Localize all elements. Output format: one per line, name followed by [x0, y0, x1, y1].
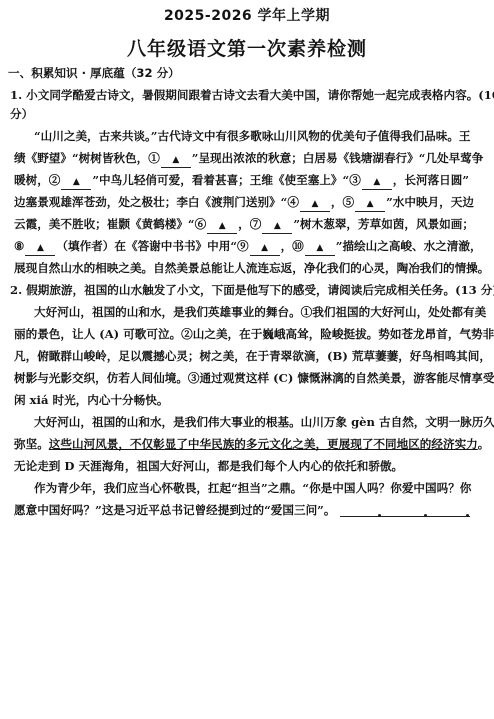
passage-text: ，⑩ [281, 239, 304, 253]
passage-text: ”树木葱翠，芳草如茵，风景如画； [293, 217, 474, 231]
fill-blank-9[interactable] [250, 239, 280, 256]
q2-stem: 2. 假期旅游，祖国的山水触发了小文，下面是他写下的感受，请阅读后完成相关任务。… [0, 279, 494, 301]
passage-text: ”描绘山之高峻、水之清澈， [336, 239, 482, 253]
q1-passage-line: “山川之美，古来共谈。”古代诗文中有很多歌咏山川风物的优美句子值得我们品味。王 [0, 125, 494, 147]
fill-blank-2[interactable] [61, 173, 91, 190]
q1-passage-line: 边塞景观雄浑苍劲，处之极壮；李白《渡荆门送别》“④，⑤”水中映月，天边 [0, 191, 494, 213]
q1-stem-cont: 分） [0, 103, 494, 125]
passage-text: ”水中映月，天边 [386, 195, 474, 209]
q2-passage-line: 无论走到 D 天涯海角，祖国大好河山，都是我们每个人内心的依托和骄傲。 [0, 455, 494, 477]
q2-passage-line: 闲 xiá 时光，内心十分畅快。 [0, 389, 494, 411]
fill-blank-1[interactable] [161, 151, 191, 168]
fill-blank-3[interactable] [362, 173, 392, 190]
term-label: 2025-2026 学年上学期 [0, 5, 494, 25]
q1-passage-line: ⑧（填作者）在《答谢中书书》中用“⑨，⑩”描绘山之高峻、水之清澈， [0, 235, 494, 257]
q1-passage-line: 云霞，美不胜收；崔颢《黄鹤楼》“⑥，⑦”树木葱翠，芳草如茵，风景如画； [0, 213, 494, 235]
section-heading: 一、积累知识 · 厚底蕴（32 分） [0, 62, 494, 84]
q2-passage-line: 愿意中国好吗？”这是习近平总书记曾经提到过的“爱国三问”。 [0, 499, 494, 521]
q1-passage-line: 暖树，②”中鸟儿轻俏可爱，看着甚喜；王维《使至塞上》“③，长河落日圆” [0, 169, 494, 191]
q1-passage-line: 绩《野望》“树树皆秋色，①”呈现出浓浓的秋意；白居易《钱塘湖春行》“几处早莺争 [0, 147, 494, 169]
answer-blank-dotted[interactable] [340, 506, 470, 517]
q2-passage-line: 凡，俯瞰群山峻岭，足以震撼心灵；树之美，在于青翠欲滴，(B) 荒草萋萋，好鸟相鸣… [0, 345, 494, 367]
fill-blank-5[interactable] [355, 195, 385, 212]
fill-blank-4[interactable] [300, 195, 330, 212]
passage-text: 暖树，② [14, 173, 60, 187]
passage-text: ，长河落日圆” [393, 173, 469, 187]
exam-title: 八年级语文第一次素养检测 [0, 34, 494, 61]
q2-passage-line: 丽的景色，让人 (A) 可歌可泣。②山之美，在于巍峨高耸，险峻挺拔。势如苍龙昂首… [0, 323, 494, 345]
passage-text: ，⑤ [331, 195, 354, 209]
q2-passage-line: 弥坚。这些山河风景，不仅彰显了中华民族的多元文化之美，更展现了不同地区的经济实力… [0, 433, 494, 455]
passage-text: 。 [478, 437, 490, 451]
q2-passage-line: 树影与光影交织，仿若人间仙境。③通过观赏这样 (C) 慷慨淋漓的自然美景，游客能… [0, 367, 494, 389]
fill-blank-10[interactable] [305, 239, 335, 256]
passage-text: 云霞，美不胜收；崔颢《黄鹤楼》“⑥ [14, 217, 206, 231]
q2-passage-line: 大好河山，祖国的山和水，是我们英雄事业的舞台。①我们祖国的大好河山，处处都有美 [0, 301, 494, 323]
passage-text: 绩《野望》“树树皆秋色，① [14, 151, 160, 165]
underlined-sentence: 这些山河风景，不仅彰显了中华民族的多元文化之美，更展现了不同地区的经济实力 [49, 437, 478, 451]
passage-text: ，⑦ [238, 217, 261, 231]
fill-blank-7[interactable] [262, 217, 292, 234]
exam-page: 2025-2026 学年上学期 八年级语文第一次素养检测 一、积累知识 · 厚底… [0, 0, 494, 719]
q2-passage-line: 作为青少年，我们应当心怀敬畏，扛起“担当”之鼎。“你是中国人吗？你爱中国吗？你 [0, 477, 494, 499]
passage-text: 边塞景观雄浑苍劲，处之极壮；李白《渡荆门送别》“④ [14, 195, 299, 209]
q1-passage-line: 展现自然山水的相映之美。自然美景总能让人流连忘返，净化我们的心灵，陶冶我们的情操… [0, 257, 494, 279]
passage-text: ”呈现出浓浓的秋意；白居易《钱塘湖春行》“几处早莺争 [192, 151, 484, 165]
passage-text: ⑧ [14, 239, 24, 253]
passage-text: 弥坚。 [14, 437, 49, 451]
q2-passage-line: 大好河山，祖国的山和水，是我们伟大事业的根基。山川万象 gèn 古自然，文明一脉… [0, 411, 494, 433]
fill-blank-6[interactable] [207, 217, 237, 234]
passage-text: ”中鸟儿轻俏可爱，看着甚喜；王维《使至塞上》“③ [92, 173, 360, 187]
passage-text: （填作者）在《答谢中书书》中用“⑨ [56, 239, 248, 253]
fill-blank-8[interactable] [25, 239, 55, 256]
passage-text: 愿意中国好吗？”这是习近平总书记曾经提到过的“爱国三问”。 [14, 503, 335, 517]
